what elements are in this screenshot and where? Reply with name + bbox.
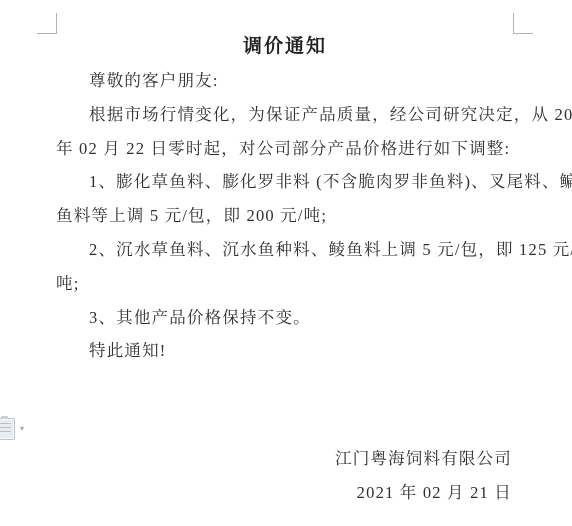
- body-line-item-1: 1、膨化草鱼料、膨化罗非料 (不含脆肉罗非鱼料)、叉尾料、鳊: [56, 165, 514, 199]
- paste-options-button[interactable]: ▾: [0, 418, 24, 440]
- body-line: 根据市场行情变化，为保证产品质量，经公司研究决定，从 2021: [56, 98, 514, 132]
- page-margin-mark-top-right: [513, 13, 533, 34]
- signature-block: 江门粤海饲料有限公司 2021 年 02 月 21 日: [56, 442, 514, 510]
- signature-date: 2021 年 02 月 21 日: [56, 476, 514, 510]
- document-page: 调价通知 尊敬的客户朋友: 根据市场行情变化，为保证产品质量，经公司研究决定，从…: [0, 0, 572, 526]
- paste-options-icon: [0, 418, 15, 440]
- body-line: 年 02 月 22 日零时起，对公司部分产品价格进行如下调整:: [56, 132, 514, 166]
- body-line-item-2: 2、沉水草鱼料、沉水鱼种料、鲮鱼料上调 5 元/包，即 125 元/: [56, 233, 514, 267]
- dropdown-caret-icon: ▾: [20, 425, 24, 433]
- document-body: 调价通知 尊敬的客户朋友: 根据市场行情变化，为保证产品质量，经公司研究决定，从…: [56, 30, 514, 510]
- body-line: 鱼料等上调 5 元/包，即 200 元/吨;: [56, 199, 514, 233]
- body-line-item-3: 3、其他产品价格保持不变。: [56, 301, 514, 335]
- document-title: 调价通知: [56, 30, 514, 64]
- closing-line: 特此通知!: [56, 334, 514, 368]
- body-line: 吨;: [56, 267, 514, 301]
- signature-company: 江门粤海饲料有限公司: [56, 442, 514, 476]
- salutation-line: 尊敬的客户朋友:: [56, 64, 514, 98]
- page-margin-mark-top-left: [37, 13, 57, 34]
